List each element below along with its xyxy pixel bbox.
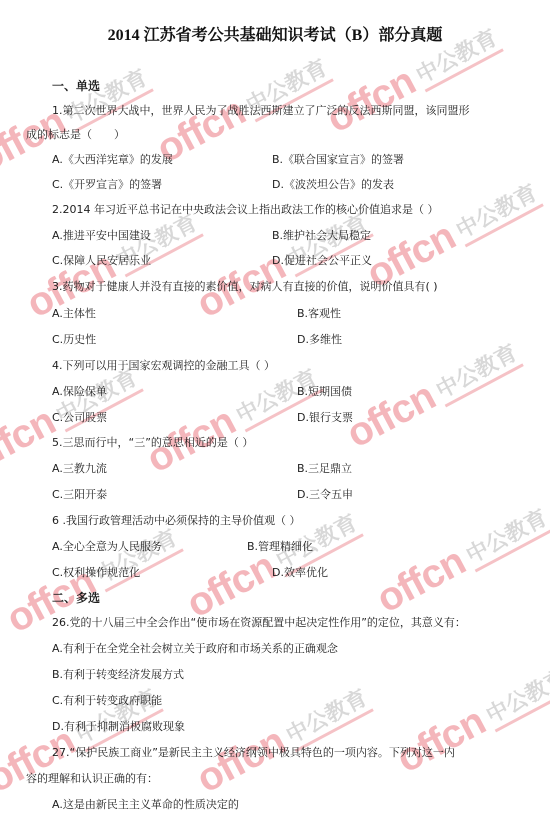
question-1-option-d: D.《波茨坦公告》的发表 [272, 178, 394, 192]
question-4-option-c: C.公司股票 [52, 411, 107, 425]
question-2-option-a: A.推进平安中国建设 [52, 229, 151, 243]
question-26-option-b: B.有利于转变经济发展方式 [52, 668, 184, 682]
question-2-option-c: C.保障人民安居乐业 [52, 254, 151, 268]
question-4-option-b: B.短期国债 [297, 385, 352, 399]
question-1-option-a: A.《大西洋宪章》的发展 [52, 153, 173, 167]
question-26-option-c: C.有利于转变政府职能 [52, 694, 162, 708]
question-5-text: 5.三思而行中，“三”的意思相近的是（ ） [52, 436, 253, 450]
question-1-option-b: B.《联合国家宣言》的签署 [272, 153, 404, 167]
question-3-option-c: C.历史性 [52, 333, 96, 347]
watermark: offcn中公教育 [369, 495, 550, 622]
question-4-option-d: D.银行支票 [297, 411, 353, 425]
question-6-option-d: D.效率优化 [272, 566, 328, 580]
question-5-option-d: D.三令五申 [297, 488, 353, 502]
question-3-option-a: A.主体性 [52, 307, 96, 321]
question-4-option-a: A.保险保单 [52, 385, 107, 399]
question-2-option-b: B.维护社会大局稳定 [272, 229, 371, 243]
question-3-text: 3.药物对于健康人并没有直接的素价值，对病人有直接的价值，说明价值具有( ) [52, 280, 438, 294]
question-4-text: 4.下列可以用于国家宏观调控的金融工具（ ） [52, 359, 275, 373]
question-1-option-c: C.《开罗宣言》的签署 [52, 178, 162, 192]
question-27-option-a: A.这是由新民主主义革命的性质决定的 [52, 798, 239, 812]
question-5-option-b: B.三足鼎立 [297, 462, 352, 476]
watermark: offcn中公教育 [189, 675, 375, 802]
question-5-option-a: A.三教九流 [52, 462, 107, 476]
watermark: offcn中公教育 [339, 330, 525, 457]
question-1-text: 1.第二次世界大战中，世界人民为了战胜法西斯建立了广泛的反法西斯同盟，该同盟形 [52, 104, 470, 118]
question-26-text: 26.党的十八届三中全会作出“使市场在资源配置中起决定性作用”的定位，其意义有： [52, 616, 466, 630]
question-2-option-d: D.促进社会公平正义 [272, 254, 372, 268]
question-6-option-b: B.管理精细化 [247, 540, 313, 554]
question-6-text: 6 .我国行政管理活动中必须保持的主导价值观（ ） [52, 514, 301, 528]
question-6-option-c: C.权利操作规范化 [52, 566, 140, 580]
watermark: offcn中公教育 [389, 655, 550, 782]
question-5-option-c: C.三阳开泰 [52, 488, 107, 502]
question-6-option-a: A.全心全意为人民服务 [52, 540, 162, 554]
question-26-option-a: A.有利于在全党全社会树立关于政府和市场关系的正确观念 [52, 642, 338, 656]
question-3-option-b: B.客观性 [297, 307, 341, 321]
section-heading-multiple-choice: 二、多选 [52, 591, 100, 605]
question-2-text: 2.2014 年习近平总书记在中央政法会议上指出政法工作的核心价值追求是（ ） [52, 203, 438, 217]
question-26-option-d: D.有利于抑制消极腐败现象 [52, 720, 185, 734]
question-3-option-d: D.多维性 [297, 333, 342, 347]
question-27-text-cont: 容的理解和认识正确的有： [26, 772, 158, 786]
document-title: 2014 江苏省考公共基础知识考试（B）部分真题 [0, 22, 550, 45]
question-27-text: 27.“保护民族工商业”是新民主主义经济纲领中极具特色的一项内容。下列对这一内 [52, 746, 455, 760]
question-1-text-cont: 成的标志是（ ） [26, 128, 125, 142]
section-heading-single-choice: 一、单选 [52, 79, 100, 93]
